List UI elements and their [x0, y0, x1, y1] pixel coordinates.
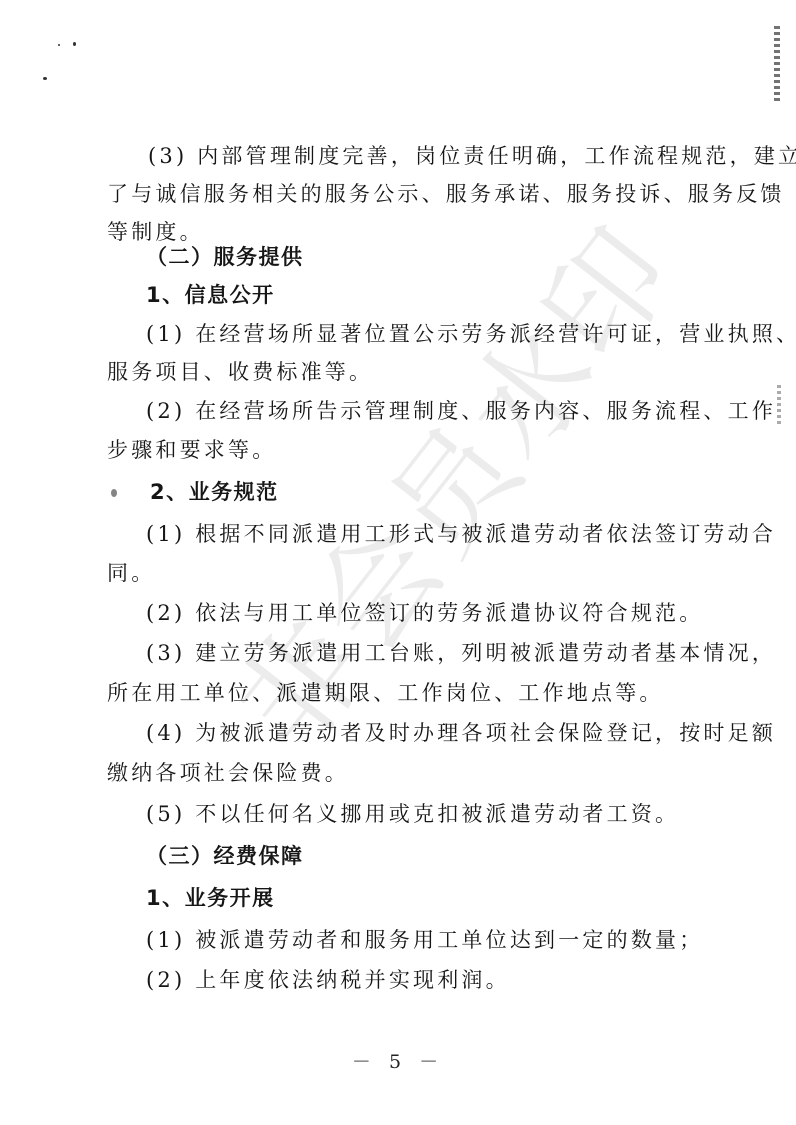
document-page: 非会员水印 (3) 内部管理制度完善，岗位责任明确，工作流程规范，建立 了与诚信… [0, 0, 796, 1125]
subsection-heading-business-development: 1、业务开展 [146, 884, 275, 912]
paragraph-biz-3: (3) 建立劳务派遣用工台账，列明被派遣劳动者基本情况， [146, 639, 776, 667]
scan-speck [73, 42, 76, 46]
paragraph-continuation: 缴纳各项社会保险费。 [107, 759, 349, 787]
paragraph-continuation: 了与诚信服务相关的服务公示、服务承诺、服务投诉、服务反馈 [107, 180, 785, 208]
subsection-heading-business-norms: 2、业务规范 [150, 478, 279, 506]
paragraph-internal-management: (3) 内部管理制度完善，岗位责任明确，工作流程规范，建立 [148, 142, 796, 170]
paragraph-biz-2: (2) 依法与用工单位签订的劳务派遣协议符合规范。 [146, 599, 703, 627]
paragraph-fund-1: (1) 被派遣劳动者和服务用工单位达到一定的数量； [146, 926, 703, 954]
scan-artifact [777, 385, 781, 425]
paragraph-biz-4: (4) 为被派遣劳动者及时办理各项社会保险登记，按时足额 [146, 719, 776, 747]
scan-speck [111, 489, 117, 497]
paragraph-continuation: 服务项目、收费标准等。 [107, 358, 373, 386]
paragraph-info-2: (2) 在经营场所告示管理制度、服务内容、服务流程、工作 [146, 397, 776, 425]
page-number: － 5 － [0, 1047, 796, 1074]
paragraph-continuation: 同。 [107, 559, 155, 587]
paragraph-continuation: 步骤和要求等。 [107, 436, 276, 464]
paragraph-biz-1: (1) 根据不同派遣用工形式与被派遣劳动者依法签订劳动合 [146, 520, 776, 548]
paragraph-continuation: 等制度。 [107, 218, 204, 246]
paragraph-continuation: 所在用工单位、派遣期限、工作岗位、工作地点等。 [107, 679, 664, 707]
section-heading-funding: （三）经费保障 [146, 842, 304, 870]
scan-speck [43, 77, 47, 80]
paragraph-info-1: (1) 在经营场所显著位置公示劳务派经营许可证，营业执照、 [146, 320, 796, 348]
scan-artifact [774, 26, 780, 104]
paragraph-fund-2: (2) 上年度依法纳税并实现利润。 [146, 966, 510, 994]
scan-speck [58, 44, 60, 46]
section-heading-service-provision: （二）服务提供 [146, 243, 304, 271]
paragraph-biz-5: (5) 不以任何名义挪用或克扣被派遣劳动者工资。 [146, 800, 679, 828]
subsection-heading-info-disclosure: 1、信息公开 [146, 281, 275, 309]
